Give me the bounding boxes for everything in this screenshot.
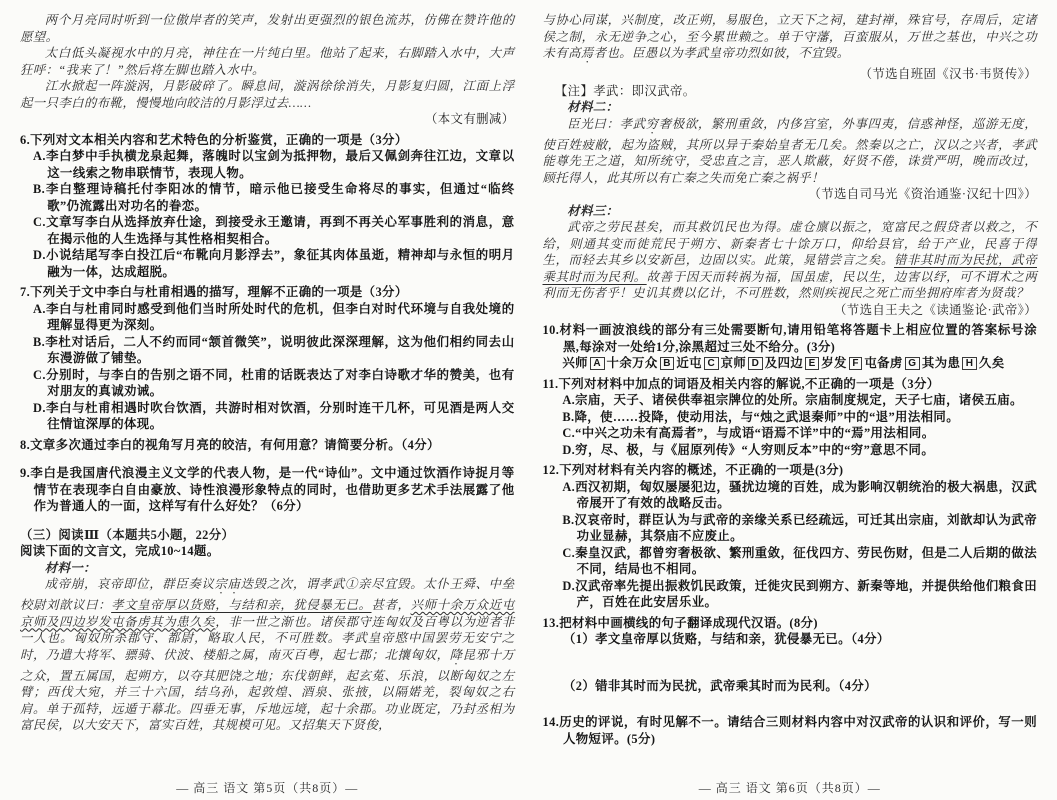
text-segment: 京师	[721, 356, 747, 370]
question-6-option-a: A.李白梦中手执横龙泉起舞，落魄时以宝剑为抵押物，最后又佩剑奔往江边，文章以这一…	[33, 148, 514, 181]
question-12-stem: 12.下列对材料有关内容的概述，不正确的一项是(3分)	[543, 462, 1038, 479]
material-3-label: 材料三：	[543, 203, 1038, 220]
page-5: 两个月亮同时听到一位傲岸者的笑声，发射出更强烈的银色流苏，仿佛在赞许他的愿望。 …	[20, 12, 515, 800]
question-12-option-b: B.汉哀帝时，群臣认为与武帝的亲缘关系已经疏远，可迁其出宗庙，刘歆却认为武帝功业…	[562, 512, 1037, 545]
text-segment: 兴师	[562, 356, 588, 370]
question-10: 10.材料一画波浪线的部分有三处需要断句,请用铅笔将答题卡上相应位置的答案标号涂…	[543, 322, 1038, 372]
question-9-stem: 9.李白是我国唐代浪漫主义文学的代表人物，是一代“诗仙”。文中通过饮酒作诗捉月等…	[20, 465, 515, 515]
material-1-attribution: （节选自班固《汉书·韦贤传》）	[543, 66, 1038, 83]
question-13-sub-2: （2）错非其时而为民扰，武帝乘其时而为民利。（4分）	[563, 678, 1037, 695]
text-segment: 穷	[646, 117, 659, 131]
answer-mark-box: D	[748, 357, 763, 370]
text-segment: 孝文皇帝厚以货赂，与结和亲，犹侵暴无已。	[111, 598, 371, 612]
text-segment: 其为患	[922, 356, 960, 370]
deletion-note: （本文有删减）	[20, 111, 515, 128]
text-segment: 焉	[581, 46, 594, 60]
story-paragraph-1: 两个月亮同时听到一位傲岸者的笑声，发射出更强烈的银色流苏，仿佛在赞许他的愿望。	[20, 12, 515, 45]
text-segment: 及四边	[765, 356, 803, 370]
answer-mark-box: E	[805, 357, 819, 370]
page-6-body: 与协心同谋，兴制度，改正朔，易服色，立天下之祠，建封禅，殊官号，存周后，定诸侯之…	[543, 12, 1038, 774]
question-6-stem: 6.下列对文本相关内容和艺术特色的分析鉴赏，正确的一项是（3分）	[20, 132, 515, 149]
question-6-option-d: D.小说结尾写李白投江后“布靴向月影浮去”，象征其肉体虽逝，精神却与永恒的明月融…	[33, 247, 514, 280]
question-6-option-b: B.李白整理诗稿托付李阳冰的情节，暗示他已接受生命将尽的事实，但通过“临终歌”仍…	[33, 181, 514, 214]
question-10-sentence: 兴师A十余万众B近屯C京师D及四边E岁发F屯备虏G其为患H久矣	[562, 355, 1037, 372]
text-segment: 者也。臣愚以为孝武皇帝功烈如彼，不宜毁。	[594, 46, 850, 60]
text-segment: 岁发	[821, 356, 847, 370]
question-12-option-a: A.西汉初期，匈奴屡屡犯边，骚扰边境的百姓，成为影响汉朝统治的极大祸患，汉武帝展…	[562, 479, 1037, 512]
question-7-option-d: D.李白与杜甫相遇时吹台饮酒，共游时相对饮酒，分别时连干几杯，可见酒是两人交往情…	[33, 400, 514, 433]
section-3-instruction: 阅读下面的文言文，完成10~14题。	[20, 543, 515, 560]
answer-mark-box: G	[905, 357, 920, 370]
question-12-option-d: D.汉武帝率先提出振救饥民政策，迁徙灾民到朔方、新秦等地，并提供给他们粮食田产，…	[562, 578, 1037, 611]
question-13-stem: 13.把材料中画横线的句子翻译成现代汉语。(8分)	[543, 615, 1038, 632]
question-12: 12.下列对材料有关内容的概述，不正确的一项是(3分) A.西汉初期，匈奴屡屡犯…	[543, 462, 1038, 611]
question-10-stem: 10.材料一画波浪线的部分有三处需要断句,请用铅笔将答题卡上相应位置的答案标号涂…	[543, 322, 1038, 355]
material-1-text: 成帝崩，哀帝即位，群臣奏议宗庙迭毁之次，谓孝武①亲尽宜毁。太仆王舜、中垒校尉刘歆…	[20, 576, 515, 734]
question-11-stem: 11.下列对材料中加点的词语及相关内容的解说,不正确的一项是（3分）	[543, 376, 1038, 393]
text-segment: 久矣	[979, 356, 1005, 370]
text-segment: 成帝崩，哀帝即位，群臣奏议	[45, 577, 215, 591]
question-7-stem: 7.下列关于文中李白与杜甫相遇的描写，理解不正确的一项是（3分）	[20, 284, 515, 301]
answer-mark-box: B	[660, 357, 675, 370]
question-11-option-d: D.穷，尽、极，与《屈原列传》“人穷则反本”中的“穷”意思不同。	[562, 442, 1037, 459]
text-segment: 甚者，	[372, 598, 411, 612]
text-segment: 宗庙	[215, 577, 241, 591]
story-paragraph-2: 太白低头凝视水中的月亮，神往在一片纯白里。他站了起来，右脚踏入水中，大声狂呼：“…	[20, 45, 515, 78]
question-7-option-a: A.李白与杜甫同时感受到他们当时所处时代的危机，但李白对时代环境与自我处境的理解…	[33, 301, 514, 334]
question-6: 6.下列对文本相关内容和艺术特色的分析鉴赏，正确的一项是（3分） A.李白梦中手…	[20, 132, 515, 281]
question-11-option-a: A.宗庙，天子、诸侯供奉祖宗牌位的处所。宗庙制度规定，天子七庙，诸侯五庙。	[562, 392, 1037, 409]
question-7-option-c: C.分别时，与李白的告别之语不同，杜甫的话既表达了对李白诗歌才华的赞美，也有对朋…	[33, 367, 514, 400]
material-2-label: 材料二：	[543, 99, 1038, 116]
question-11-option-c: C.“中兴之功未有高焉者”，与成语“语焉不详”中的“焉”用法相同。	[562, 425, 1037, 442]
question-13: 13.把材料中画横线的句子翻译成现代汉语。(8分) （1）孝文皇帝厚以货赂，与结…	[543, 615, 1038, 695]
question-6-option-c: C.文章写李白从选择放弃仕途，到接受永王邀请，再到不再关心军事胜利的消息，意在揭…	[33, 214, 514, 247]
text-segment: 屯备虏	[864, 356, 902, 370]
page-5-footer: — 高三 语文 第5页（共8页）—	[20, 774, 515, 800]
text-segment: 降	[450, 648, 463, 662]
text-segment: 臣光曰：孝武	[567, 117, 645, 131]
question-7: 7.下列关于文中李白与杜甫相遇的描写，理解不正确的一项是（3分） A.李白与杜甫…	[20, 284, 515, 433]
question-7-option-b: B.李杜对话后，二人不约而同“颔首微笑”，说明彼此深深理解，这为他们相约同去山东…	[33, 334, 514, 367]
answer-mark-box: H	[962, 357, 977, 370]
page-6-footer: — 高三 语文 第6页（共8页）—	[543, 774, 1038, 800]
section-3-heading: （三）阅读Ⅲ（本题共5小题，22分）	[20, 527, 515, 544]
exam-paper-spread: 两个月亮同时听到一位傲岸者的笑声，发射出更强烈的银色流苏，仿佛在赞许他的愿望。 …	[0, 0, 1057, 800]
question-8-stem: 8.文章多次通过李白的视角写月亮的皎洁，有何用意？请简要分析。（4分）	[20, 437, 515, 454]
material-2-text: 臣光曰：孝武穷奢极欲，繁刑重敛，内侈宫室，外事四夷，信惑神怪，巡游无度，使百姓疲…	[543, 116, 1038, 187]
question-11-option-b: B.降，使……投降，使动用法，与“烛之武退秦师”中的“退”用法相同。	[562, 409, 1037, 426]
material-2-attribution: （节选自司马光《资治通鉴·汉纪十四》）	[543, 186, 1038, 203]
answer-mark-box: A	[590, 357, 605, 370]
text-segment: 近屯	[676, 356, 702, 370]
page-6: 与协心同谋，兴制度，改正朔，易服色，立天下之祠，建封禅，殊官号，存周后，定诸侯之…	[543, 12, 1038, 800]
question-14-stem: 14.历史的评说，有时见解不一。请结合三则材料内容中对汉武帝的认识和评价，写一则…	[543, 714, 1038, 747]
answer-mark-box: F	[849, 357, 863, 370]
material-1-continued-text: 与协心同谋，兴制度，改正朔，易服色，立天下之祠，建封禅，殊官号，存周后，定诸侯之…	[543, 12, 1038, 66]
material-1-label: 材料一：	[20, 560, 515, 577]
material-3-text: 武帝之劳民甚矣，而其救饥民也为得。虚仓廪以振之，宽富民之假贷者以救之，不给，则通…	[543, 219, 1038, 302]
text-segment: 十余万众	[607, 356, 658, 370]
question-13-sub-1: （1）孝文皇帝厚以货赂，与结和亲，犹侵暴无已。（4分）	[563, 631, 1037, 648]
answer-mark-box: C	[704, 357, 719, 370]
question-11: 11.下列对材料中加点的词语及相关内容的解说,不正确的一项是（3分） A.宗庙，…	[543, 376, 1038, 459]
material-3-attribution: （节选自王夫之《读通鉴论·武帝》）	[543, 302, 1038, 319]
question-12-option-c: C.秦皇汉武，都曾穷奢极欲、繁刑重敛，征伐四方、劳民伤财，但是二人后期的做法不同…	[562, 545, 1037, 578]
story-paragraph-3: 江水掀起一阵漩涡，月影破碎了。瞬息间，漩涡徐徐消失，月影复归圆，江面上浮起一只李…	[20, 78, 515, 111]
page-5-body: 两个月亮同时听到一位傲岸者的笑声，发射出更强烈的银色流苏，仿佛在赞许他的愿望。 …	[20, 12, 515, 774]
material-1-footnote: 【注】孝武：即汉武帝。	[543, 83, 1038, 100]
